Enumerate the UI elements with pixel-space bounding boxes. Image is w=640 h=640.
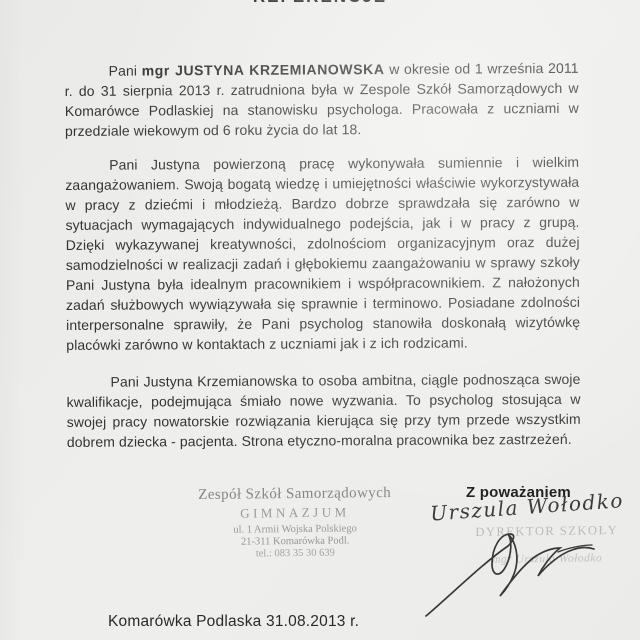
signature-flourish-icon <box>420 512 600 622</box>
stamp-school-name: Zespół Szkół Samorządowych <box>168 485 422 505</box>
paragraph-personal-qualities: Pani Justyna Krzemianowska to osoba ambi… <box>66 369 580 452</box>
place-and-date: Komarówka Podlaska 31.08.2013 r. <box>108 613 359 631</box>
school-address-stamp: Zespół Szkół Samorządowych GIMNAZJUM ul.… <box>168 485 423 561</box>
stamp-school-type: GIMNAZJUM <box>168 504 422 523</box>
paragraph-work-evaluation: Pani Justyna powierzoną pracę wykonywała… <box>65 152 580 355</box>
employee-name-bold: mgr JUSTYNA KRZEMIANOWSKA <box>142 61 385 78</box>
scanned-reference-letter: REFERENCJE Pani mgr JUSTYNA KRZEMIANOWSK… <box>0 0 640 640</box>
para1-prefix: Pani <box>109 62 142 78</box>
paragraph-employment-period: Pani mgr JUSTYNA KRZEMIANOWSKA w okresie… <box>65 58 579 141</box>
